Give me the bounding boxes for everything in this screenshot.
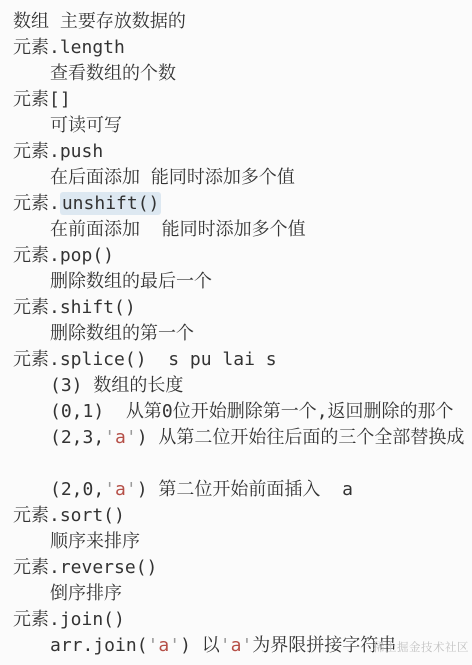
text-segment: 元素. <box>13 193 60 214</box>
note-line: 元素.pop() <box>0 243 472 269</box>
text-segment: 元素.reverse() <box>13 557 157 578</box>
note-line: 元素[] <box>0 87 472 113</box>
text-segment: arr.join( <box>50 635 148 656</box>
text-segment: 元素.splice() s pu lai s <box>13 349 277 370</box>
note-line: 倒序排序 <box>0 581 472 607</box>
text-segment: 删除数组的第一个 <box>50 323 194 344</box>
text-segment: 可读可写 <box>50 115 122 136</box>
text-segment: ' <box>126 479 137 500</box>
text-segment: 顺序来排序 <box>50 531 140 552</box>
text-segment: 元素.pop() <box>13 245 114 266</box>
note-line: (2,3,'a') 从第二位开始往后面的三个全部替换成 <box>0 425 472 451</box>
accent-text: a <box>158 635 169 656</box>
note-line: 元素.splice() s pu lai s <box>0 347 472 373</box>
text-segment: ) 第二位开始前面插入 a <box>137 479 353 500</box>
text-segment: 元素.push <box>13 141 103 162</box>
highlighted-code: unshift() <box>60 192 162 215</box>
text-segment: 查看数组的个数 <box>50 63 176 84</box>
text-segment: (2,0, <box>50 479 104 500</box>
note-line: (0,1) 从第0位开始删除第一个,返回删除的那个 <box>0 399 472 425</box>
note-line: 元素.sort() <box>0 503 472 529</box>
note-line: 删除数组的最后一个 <box>0 269 472 295</box>
text-segment: ' <box>104 427 115 448</box>
note-line: 可读可写 <box>0 113 472 139</box>
note-line: 在后面添加 能同时添加多个值 <box>0 165 472 191</box>
note-line: 元素.unshift() <box>0 191 472 217</box>
note-line: 元素.push <box>0 139 472 165</box>
accent-text: a <box>115 479 126 500</box>
text-segment: (0,1) 从第0位开始删除第一个,返回删除的那个 <box>50 401 454 422</box>
text-segment: ) 以 <box>180 635 220 656</box>
note-line: 顺序来排序 <box>0 529 472 555</box>
note-line: 元素.length <box>0 35 472 61</box>
note-line: (2,0,'a') 第二位开始前面插入 a <box>0 477 472 503</box>
text-segment: 数组 主要存放数据的 <box>13 11 186 32</box>
note-line: 元素.shift() <box>0 295 472 321</box>
text-segment: (2,3, <box>50 427 104 448</box>
accent-text: a <box>115 427 126 448</box>
accent-text: a <box>231 635 242 656</box>
text-segment: 元素.length <box>13 37 125 58</box>
note-line: 在前面添加 能同时添加多个值 <box>0 217 472 243</box>
text-segment: (3) 数组的长度 <box>50 375 183 396</box>
text-segment: 元素.join() <box>13 609 125 630</box>
blank-line <box>0 451 472 477</box>
text-segment: 在后面添加 能同时添加多个值 <box>50 167 295 188</box>
note-line: 元素.reverse() <box>0 555 472 581</box>
text-segment: 倒序排序 <box>50 583 122 604</box>
text-segment: ' <box>241 635 252 656</box>
text-segment: ' <box>169 635 180 656</box>
text-segment: 元素.shift() <box>13 297 136 318</box>
note-line: (3) 数组的长度 <box>0 373 472 399</box>
watermark: 稀土掘金技术社区 <box>373 639 469 655</box>
text-segment: 元素[] <box>13 89 71 110</box>
note-line: 数组 主要存放数据的 <box>0 9 472 35</box>
note-line: 查看数组的个数 <box>0 61 472 87</box>
text-segment: ' <box>126 427 137 448</box>
text-segment: ) 从第二位开始往后面的三个全部替换成 <box>137 427 465 448</box>
text-segment: 元素.sort() <box>13 505 125 526</box>
note-line: 删除数组的第一个 <box>0 321 472 347</box>
note-line: 元素.join() <box>0 607 472 633</box>
text-segment: 在前面添加 能同时添加多个值 <box>50 219 306 240</box>
text-segment: ' <box>104 479 115 500</box>
text-segment: 删除数组的最后一个 <box>50 271 212 292</box>
text-segment: ' <box>148 635 159 656</box>
notes-body: 数组 主要存放数据的元素.length查看数组的个数元素[]可读可写元素.pus… <box>0 0 472 665</box>
text-segment: ' <box>220 635 231 656</box>
